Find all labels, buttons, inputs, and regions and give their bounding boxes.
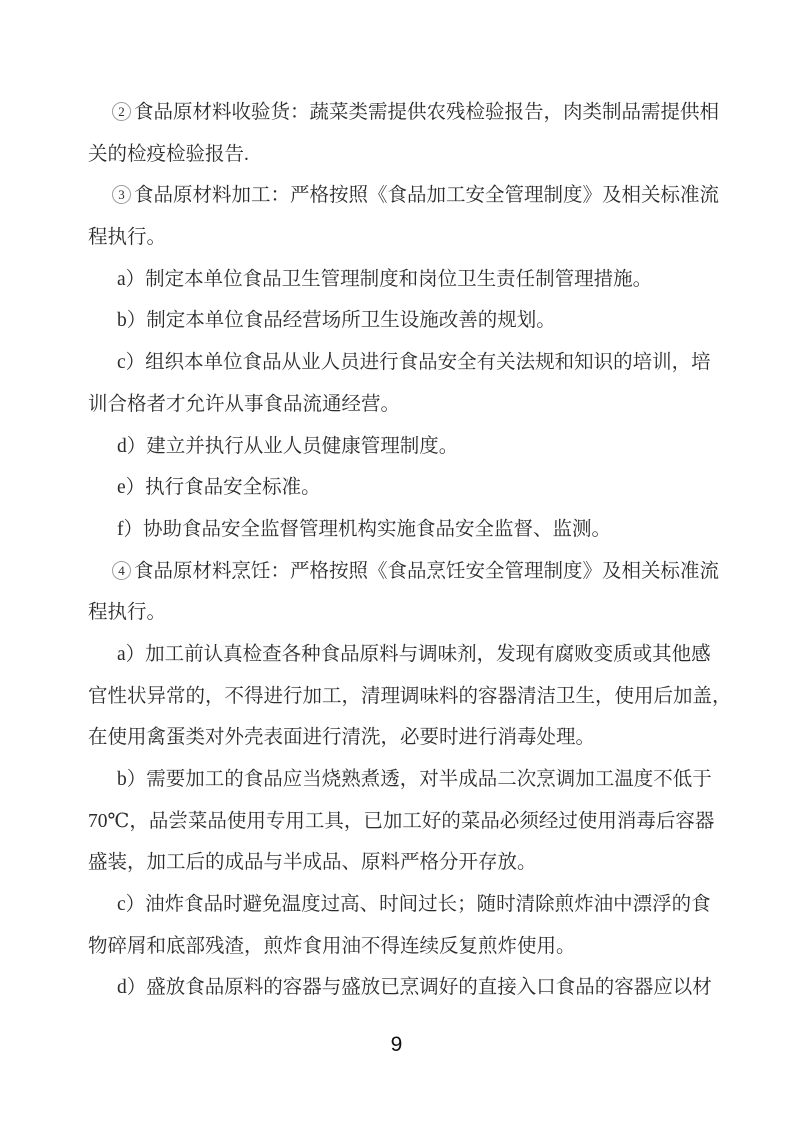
text-line: 70℃，品尝菜品使用专用工具，已加工好的菜品必须经过使用消毒后容器 <box>88 801 740 843</box>
text-line: 程执行。 <box>88 592 740 634</box>
text-line: b）制定本单位食品经营场所卫生设施改善的规划。 <box>88 300 740 342</box>
document-page: 2食品原材料收验货：蔬菜类需提供农残检验报告，肉类制品需提供相关的检疫检验报告.… <box>0 0 793 1122</box>
text-line: 官性状异常的，不得进行加工，清理调味料的容器清洁卫生，使用后加盖， <box>88 676 740 718</box>
text-line: a）制定本单位食品卫生管理制度和岗位卫生责任制管理措施。 <box>88 259 740 301</box>
page-number: 9 <box>391 1033 403 1056</box>
circled-number: 4 <box>112 561 131 580</box>
text-line: 物碎屑和底部残渣，煎炸食用油不得连续反复煎炸使用。 <box>88 926 740 968</box>
circled-number: 2 <box>112 102 131 121</box>
text-line: e）执行食品安全标准。 <box>88 467 740 509</box>
text-line: 4食品原材料烹饪：严格按照《食品烹饪安全管理制度》及相关标准流 <box>88 551 740 593</box>
text-line: d）建立并执行从业人员健康管理制度。 <box>88 426 740 468</box>
text-line: f）协助食品安全监督管理机构实施食品安全监督、监测。 <box>88 509 740 551</box>
document-body-text: 2食品原材料收验货：蔬菜类需提供农残检验报告，肉类制品需提供相关的检疫检验报告.… <box>88 92 740 1009</box>
text-line: c）油炸食品时避免温度过高、时间过长；随时清除煎炸油中漂浮的食 <box>88 884 740 926</box>
circled-number: 3 <box>112 185 131 204</box>
text-line: 关的检疫检验报告. <box>88 134 740 176</box>
text-line: b）需要加工的食品应当烧熟煮透，对半成品二次烹调加工温度不低于 <box>88 759 740 801</box>
text-line: 训合格者才允许从事食品流通经营。 <box>88 384 740 426</box>
text-line: d）盛放食品原料的容器与盛放已烹调好的直接入口食品的容器应以材 <box>88 967 740 1009</box>
text-line: a）加工前认真检查各种食品原料与调味剂，发现有腐败变质或其他感 <box>88 634 740 676</box>
text-line: 程执行。 <box>88 217 740 259</box>
page-footer: 9 <box>0 1033 793 1057</box>
text-line: 盛装，加工后的成品与半成品、原料严格分开存放。 <box>88 842 740 884</box>
text-line: c）组织本单位食品从业人员进行食品安全有关法规和知识的培训，培 <box>88 342 740 384</box>
text-line: 2食品原材料收验货：蔬菜类需提供农残检验报告，肉类制品需提供相 <box>88 92 740 134</box>
text-line: 在使用禽蛋类对外壳表面进行清洗，必要时进行消毒处理。 <box>88 717 740 759</box>
text-line: 3食品原材料加工：严格按照《食品加工安全管理制度》及相关标准流 <box>88 175 740 217</box>
